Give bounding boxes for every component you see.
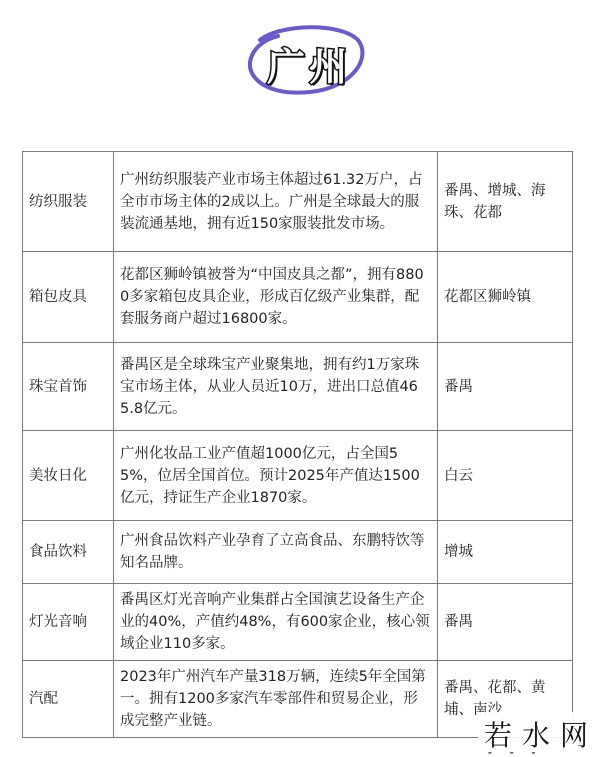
table-row: 箱包皮具 花都区狮岭镇被誉为“中国皮具之都”，拥有8800多家箱包皮具企业，形成… — [23, 252, 573, 343]
table-row: 纺织服装 广州纺织服装产业市场主体超过61.32万户，占全市市场主体的2成以上。… — [23, 152, 573, 252]
location-cell: 花都区狮岭镇 — [438, 252, 573, 343]
watermark-subtext-decoration: ▬▬▬ — [488, 750, 553, 755]
table-row: 美妆日化 广州化妆品工业产值超1000亿元，占全国55%，位居全国首位。预计20… — [23, 431, 573, 521]
industry-cell: 美妆日化 — [23, 431, 114, 521]
description-cell: 番禺区是全球珠宝产业聚集地，拥有约1万家珠宝市场主体，从业人员近10万，进出口总… — [114, 343, 438, 431]
table-row: 食品饮料 广州食品饮料产业孕育了立高食品、东鹏特饮等知名品牌。 增城 — [23, 521, 573, 584]
industry-cell: 汽配 — [23, 661, 114, 738]
industry-cell: 珠宝首饰 — [23, 343, 114, 431]
location-cell: 白云 — [438, 431, 573, 521]
industry-table: 纺织服装 广州纺织服装产业市场主体超过61.32万户，占全市市场主体的2成以上。… — [22, 151, 573, 738]
description-cell: 花都区狮岭镇被誉为“中国皮具之都”，拥有8800多家箱包皮具企业，形成百亿级产业… — [114, 252, 438, 343]
industry-cell: 箱包皮具 — [23, 252, 114, 343]
description-cell: 广州食品饮料产业孕育了立高食品、东鹏特饮等知名品牌。 — [114, 521, 438, 584]
location-cell: 增城 — [438, 521, 573, 584]
description-cell: 番禺区灯光音响产业集群占全国演艺设备生产企业的40%，产值约48%，有600家企… — [114, 584, 438, 661]
watermark: 若水网 ▬▬▬ — [478, 712, 600, 757]
industry-cell: 纺织服装 — [23, 152, 114, 252]
watermark-text: 若水网 — [484, 714, 598, 754]
page-title-area: 广州 — [240, 18, 370, 98]
industry-cell: 食品饮料 — [23, 521, 114, 584]
table-row: 灯光音响 番禺区灯光音响产业集群占全国演艺设备生产企业的40%，产值约48%，有… — [23, 584, 573, 661]
industry-cell: 灯光音响 — [23, 584, 114, 661]
location-cell: 番禺 — [438, 584, 573, 661]
page-title: 广州 — [254, 36, 364, 91]
description-cell: 广州化妆品工业产值超1000亿元，占全国55%，位居全国首位。预计2025年产值… — [114, 431, 438, 521]
location-cell: 番禺、增城、海珠、花都 — [438, 152, 573, 252]
table-row: 珠宝首饰 番禺区是全球珠宝产业聚集地，拥有约1万家珠宝市场主体，从业人员近10万… — [23, 343, 573, 431]
location-cell: 番禺 — [438, 343, 573, 431]
description-cell: 2023年广州汽车产量318万辆，连续5年全国第一。拥有1200多家汽车零部件和… — [114, 661, 438, 738]
description-cell: 广州纺织服装产业市场主体超过61.32万户，占全市市场主体的2成以上。广州是全球… — [114, 152, 438, 252]
